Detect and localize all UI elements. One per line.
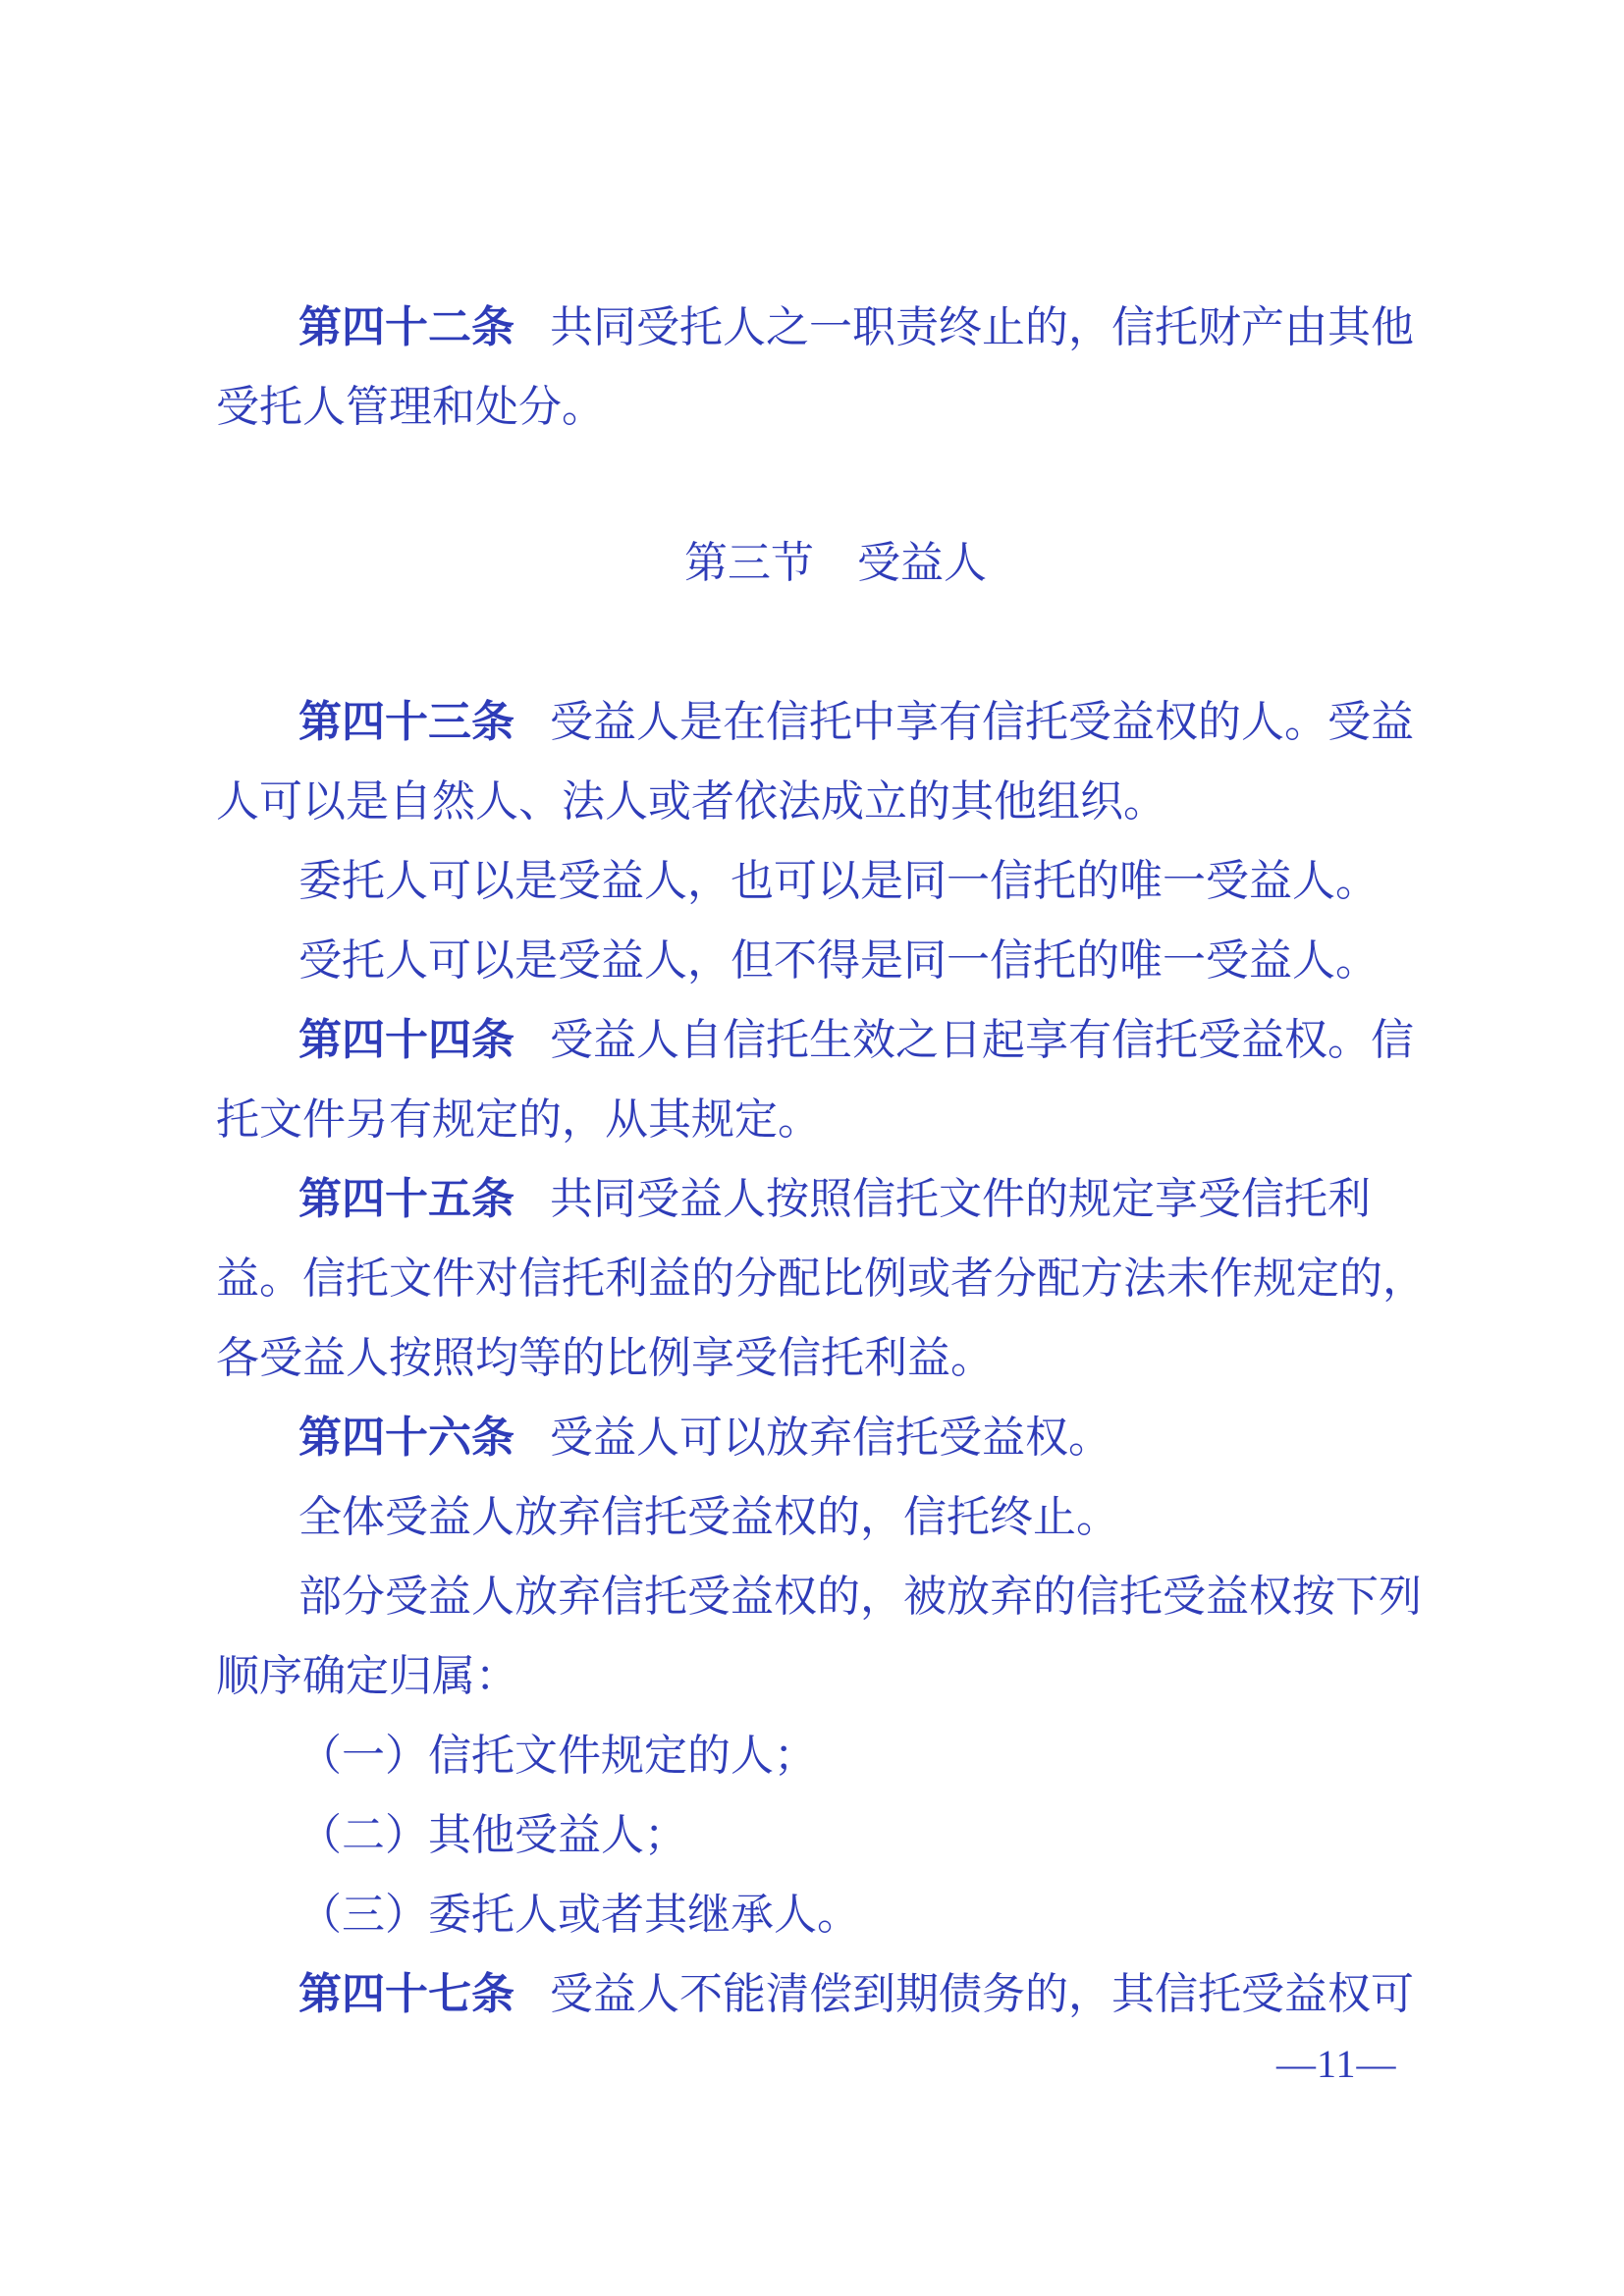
paragraph-partial-waive: 部分受益人放弃信托受益权的，被放弃的信托受益权按下列 顺序确定归属： [216, 1557, 1455, 1716]
list-item-text: （一）信托文件规定的人； [298, 1732, 817, 1780]
paragraph-trustee-beneficiary: 受托人可以是受益人，但不得是同一信托的唯一受益人。 [216, 921, 1455, 1000]
article-45: 第四十五条共同受益人按照信托文件的规定享受信托利 益。信托文件对信托利益的分配比… [216, 1159, 1455, 1398]
list-item-text: （三）委托人或者其继承人。 [298, 1891, 860, 1939]
section-heading: 第三节 受益人 [216, 523, 1455, 603]
document-body: 第四十二条共同受托人之一职责终止的，信托财产由其他 受托人管理和处分。 第三节 … [216, 288, 1455, 2034]
paragraph-text: 部分受益人放弃信托受益权的，被放弃的信托受益权按下列 顺序确定归属： [216, 1573, 1422, 1700]
document-page: 第四十二条共同受托人之一职责终止的，信托财产由其他 受托人管理和处分。 第三节 … [0, 0, 1624, 2296]
article-43: 第四十三条受益人是在信托中享有信托受益权的人。受益 人可以是自然人、法人或者依法… [216, 682, 1455, 841]
paragraph-text: 委托人可以是受益人，也可以是同一信托的唯一受益人。 [298, 857, 1379, 905]
article-45-head: 第四十五条 [298, 1175, 514, 1223]
list-item-3: （三）委托人或者其继承人。 [216, 1875, 1455, 1954]
article-47: 第四十七条受益人不能清偿到期债务的，其信托受益权可 [216, 1954, 1455, 2034]
article-46: 第四十六条受益人可以放弃信托受益权。 [216, 1398, 1455, 1477]
paragraph-settlor-beneficiary: 委托人可以是受益人，也可以是同一信托的唯一受益人。 [216, 841, 1455, 921]
list-item-text: （二）其他受益人； [298, 1811, 687, 1859]
list-item-1: （一）信托文件规定的人； [216, 1716, 1455, 1795]
paragraph-text: 受托人可以是受益人，但不得是同一信托的唯一受益人。 [298, 936, 1379, 985]
article-47-text: 受益人不能清偿到期债务的，其信托受益权可 [550, 1970, 1414, 2018]
article-47-head: 第四十七条 [298, 1970, 514, 2018]
article-43-head: 第四十三条 [298, 698, 514, 746]
page-number: —11— [1276, 2042, 1397, 2087]
article-42: 第四十二条共同受托人之一职责终止的，信托财产由其他 受托人管理和处分。 [216, 288, 1455, 447]
list-item-2: （二）其他受益人； [216, 1795, 1455, 1875]
paragraph-all-waive: 全体受益人放弃信托受益权的，信托终止。 [216, 1477, 1455, 1557]
paragraph-text: 全体受益人放弃信托受益权的，信托终止。 [298, 1493, 1119, 1541]
article-42-head: 第四十二条 [298, 303, 514, 351]
article-44-head: 第四十四条 [298, 1016, 514, 1064]
article-46-head: 第四十六条 [298, 1414, 514, 1462]
article-46-text: 受益人可以放弃信托受益权。 [550, 1414, 1111, 1462]
article-44: 第四十四条受益人自信托生效之日起享有信托受益权。信 托文件另有规定的，从其规定。 [216, 1000, 1455, 1159]
